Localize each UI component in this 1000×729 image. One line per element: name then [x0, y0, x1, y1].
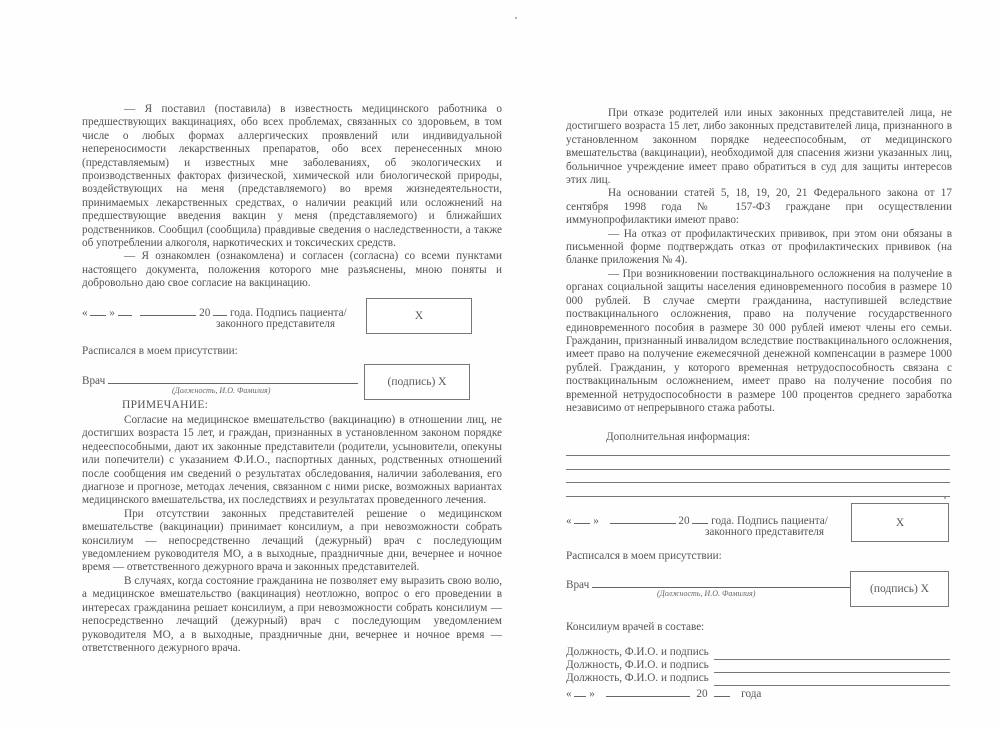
patient-signature-box[interactable]: Х	[851, 503, 949, 542]
doctor-signature-box[interactable]: (подпись) Х	[850, 571, 949, 607]
doctor-name-field[interactable]	[108, 372, 358, 384]
year-prefix: 20	[696, 688, 707, 700]
right-witness-label: Расписался в моем присутствии:	[566, 550, 722, 562]
council-member-label-1: Должность, Ф.И.О. и подпись	[566, 646, 709, 658]
day-field[interactable]	[574, 512, 590, 524]
year-prefix: 20	[678, 515, 689, 527]
note-heading: ПРИМЕЧАНИЕ:	[122, 399, 208, 411]
additional-info-line-3[interactable]	[566, 482, 950, 483]
consent-paragraph-health-info: — Я поставил (поставила) в известность м…	[82, 103, 502, 250]
month-field[interactable]	[140, 304, 196, 316]
open-quote: «	[566, 688, 572, 700]
year-field[interactable]	[714, 685, 730, 697]
law-basis-paragraph: На основании статей 5, 18, 19, 20, 21 Фе…	[566, 187, 952, 227]
note-text: Согласие на медицинское вмешательство (в…	[82, 414, 502, 655]
legal-representative-label: законного представителя	[216, 318, 335, 330]
doctor-label: Врач	[82, 375, 105, 387]
left-doctor-row: Врач	[82, 372, 358, 387]
additional-info-label: Дополнительная информация:	[606, 431, 750, 443]
additional-info-line-1[interactable]	[566, 455, 950, 456]
legal-representative-label: законного представителя	[705, 526, 824, 538]
day-field[interactable]	[574, 685, 586, 697]
left-consent-text: — Я поставил (поставила) в известность м…	[82, 103, 502, 291]
close-quote: »	[589, 688, 595, 700]
month-field[interactable]	[606, 685, 690, 697]
scan-speck	[944, 497, 946, 499]
year-prefix: 20	[199, 307, 210, 319]
day-field[interactable]	[90, 304, 106, 316]
signature-mark: Х	[896, 517, 904, 529]
note-paragraph-urgent: В случаях, когда состояние гражданина не…	[82, 575, 502, 655]
left-witness-label: Расписался в моем присутствии:	[82, 345, 238, 357]
day-field-tail	[118, 304, 132, 316]
document-spread: — Я поставил (поставила) в известность м…	[0, 0, 1000, 729]
consent-paragraph-acknowledgement: — Я ознакомлен (ознакомлена) и согласен …	[82, 250, 502, 290]
note-paragraph-minors: Согласие на медицинское вмешательство (в…	[82, 414, 502, 508]
refusal-paragraph: При отказе родителей или иных законных п…	[566, 107, 952, 187]
right-to-refuse-paragraph: — На отказ от профилактических прививок,…	[566, 228, 952, 268]
council-member-line-2[interactable]	[714, 672, 950, 673]
close-quote: »	[109, 307, 115, 319]
year-suffix: года	[741, 688, 761, 700]
council-date-row: « » 20 года	[566, 685, 761, 700]
compensation-paragraph: — При возникновении поствакцинального ос…	[566, 268, 952, 415]
additional-info-line-2[interactable]	[566, 469, 950, 470]
doctor-signature-box[interactable]: (подпись) Х	[364, 364, 470, 400]
doctor-field-caption: (Должность, И.О. Фамилия)	[172, 386, 270, 395]
left-signature-date-row: « » 20 года. Подпись пациента/	[82, 304, 347, 319]
year-field[interactable]	[213, 304, 227, 316]
year-field[interactable]	[692, 512, 708, 524]
council-label: Консилиум врачей в составе:	[566, 621, 704, 633]
right-signature-date-row: « » 20 года. Подпись пациента/	[566, 512, 828, 527]
right-rights-text: При отказе родителей или иных законных п…	[566, 107, 952, 415]
council-member-label-2: Должность, Ф.И.О. и подпись	[566, 659, 709, 671]
doctor-name-field[interactable]	[592, 576, 854, 588]
scan-speck	[930, 269, 932, 271]
close-quote: »	[593, 515, 599, 527]
doctor-field-caption: (Должность, И.О. Фамилия)	[657, 589, 755, 598]
signature-mark: Х	[415, 310, 423, 322]
month-field[interactable]	[610, 512, 676, 524]
additional-info-line-4[interactable]	[566, 496, 950, 497]
doctor-signature-mark: (подпись) Х	[388, 376, 447, 388]
patient-signature-box[interactable]: Х	[366, 298, 472, 334]
open-quote: «	[566, 515, 572, 527]
note-paragraph-no-representatives: При отсутствии законных представителей р…	[82, 508, 502, 575]
council-member-label-3: Должность, Ф.И.О. и подпись	[566, 672, 709, 684]
council-member-line-1[interactable]	[714, 659, 950, 660]
doctor-label: Врач	[566, 579, 589, 591]
scan-speck	[515, 17, 517, 19]
doctor-signature-mark: (подпись) Х	[870, 583, 929, 595]
open-quote: «	[82, 307, 88, 319]
